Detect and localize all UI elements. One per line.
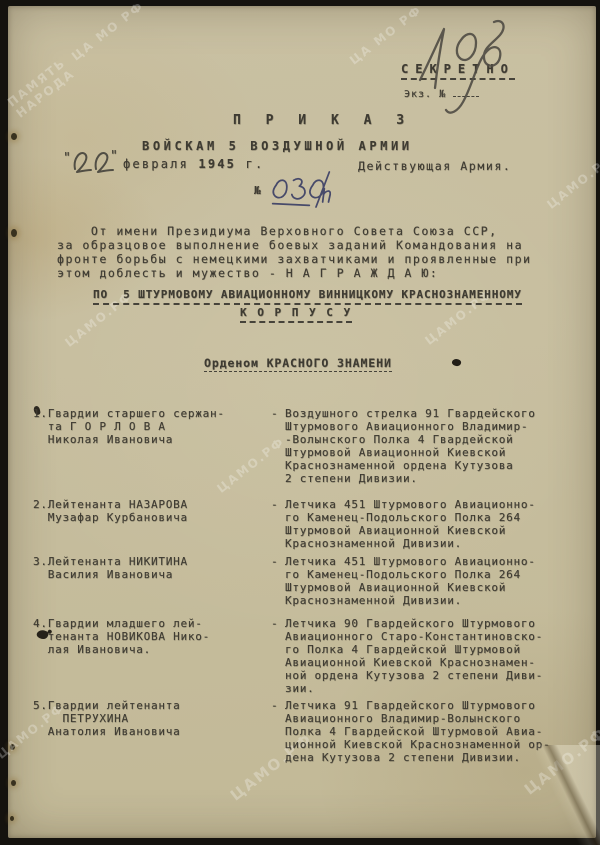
copy-number-line: Экз. № xyxy=(404,87,479,100)
order-subtitle: ВОЙСКАМ 5 ВОЗДУШНОЙ АРМИИ xyxy=(142,139,413,153)
date-line: февраля 1945 г. xyxy=(123,157,264,171)
date-month: февраля xyxy=(123,157,198,171)
date-year: 1945 xyxy=(198,157,236,171)
quote-open: " xyxy=(63,151,71,166)
award-row: 3.Лейтенанта НИКИТИНА Василия Ивановича … xyxy=(33,555,563,607)
corps-heading-text2: К О Р П У С У xyxy=(240,306,352,323)
corps-heading-line2: К О Р П У С У xyxy=(240,306,352,319)
award-separator: - xyxy=(271,699,285,712)
award-row: 1.Гвардии старшего сержан- та Г О Р Л О … xyxy=(33,407,563,485)
binding-hole xyxy=(10,744,15,750)
award-separator: - xyxy=(271,407,285,420)
quote-close: " xyxy=(110,149,118,164)
award-row: 4.Гвардии младшего лей- тенанта НОВИКОВА… xyxy=(33,617,563,695)
awardee-name: 3.Лейтенанта НИКИТИНА Василия Ивановича xyxy=(33,555,271,581)
binding-hole xyxy=(10,816,14,821)
preamble-text: От имени Президиума Верховного Совета Со… xyxy=(57,224,532,280)
award-heading-text: Орденом КРАСНОГО ЗНАМЕНИ xyxy=(204,356,392,372)
binding-hole xyxy=(11,780,16,786)
award-citation: Летчика 451 Штурмового Авиационно- го Ка… xyxy=(285,498,563,550)
award-separator: - xyxy=(271,498,285,511)
corps-heading-text1: ПО 5 ШТУРМОВОМУ АВИАЦИОННОМУ ВИННИЦКОМУ … xyxy=(93,288,522,305)
order-title: П Р И К А З xyxy=(233,113,413,128)
award-separator: - xyxy=(271,617,285,630)
award-heading: Орденом КРАСНОГО ЗНАМЕНИ xyxy=(204,356,392,370)
army-note: Действующая Армия. xyxy=(358,159,511,173)
date-suffix: г. xyxy=(236,157,264,171)
award-row: 2.Лейтенанта НАЗАРОВА Музафар Курбанович… xyxy=(33,498,563,550)
classification-stamp: СЕКРЕТНО xyxy=(401,62,515,76)
awardee-name: 2.Лейтенанта НАЗАРОВА Музафар Курбанович… xyxy=(33,498,271,524)
copy-label: Экз. № xyxy=(404,89,446,100)
award-citation: Летчика 451 Штурмового Авиационно- го Ка… xyxy=(285,555,563,607)
binding-hole xyxy=(11,229,17,237)
awardee-name: 4.Гвардии младшего лей- тенанта НОВИКОВА… xyxy=(33,617,271,656)
copy-number-blank xyxy=(453,87,479,97)
award-row: 5.Гвардии лейтенанта ПЕТРУХИНА Анатолия … xyxy=(33,699,563,764)
binding-hole xyxy=(11,133,17,140)
classification-text: СЕКРЕТНО xyxy=(401,62,515,80)
order-number-label: № xyxy=(254,184,261,197)
awardee-name: 1.Гвардии старшего сержан- та Г О Р Л О … xyxy=(33,407,271,446)
award-separator: - xyxy=(271,555,285,568)
corps-heading-line1: ПО 5 ШТУРМОВОМУ АВИАЦИОННОМУ ВИННИЦКОМУ … xyxy=(93,288,522,301)
award-list: 1.Гвардии старшего сержан- та Г О Р Л О … xyxy=(33,407,563,764)
award-citation: Воздушного стрелка 91 Гвардейского Штурм… xyxy=(285,407,563,485)
award-citation: Летчика 90 Гвардейского Штурмового Авиац… xyxy=(285,617,563,695)
document-scan: ЦА МО РФ ПАМЯТЬ НАРОДА ЦА МО РФ ЦАМО.РФ … xyxy=(0,0,600,845)
award-citation: Летчика 91 Гвардейского Штурмового Авиац… xyxy=(285,699,563,764)
awardee-name: 5.Гвардии лейтенанта ПЕТРУХИНА Анатолия … xyxy=(33,699,271,738)
